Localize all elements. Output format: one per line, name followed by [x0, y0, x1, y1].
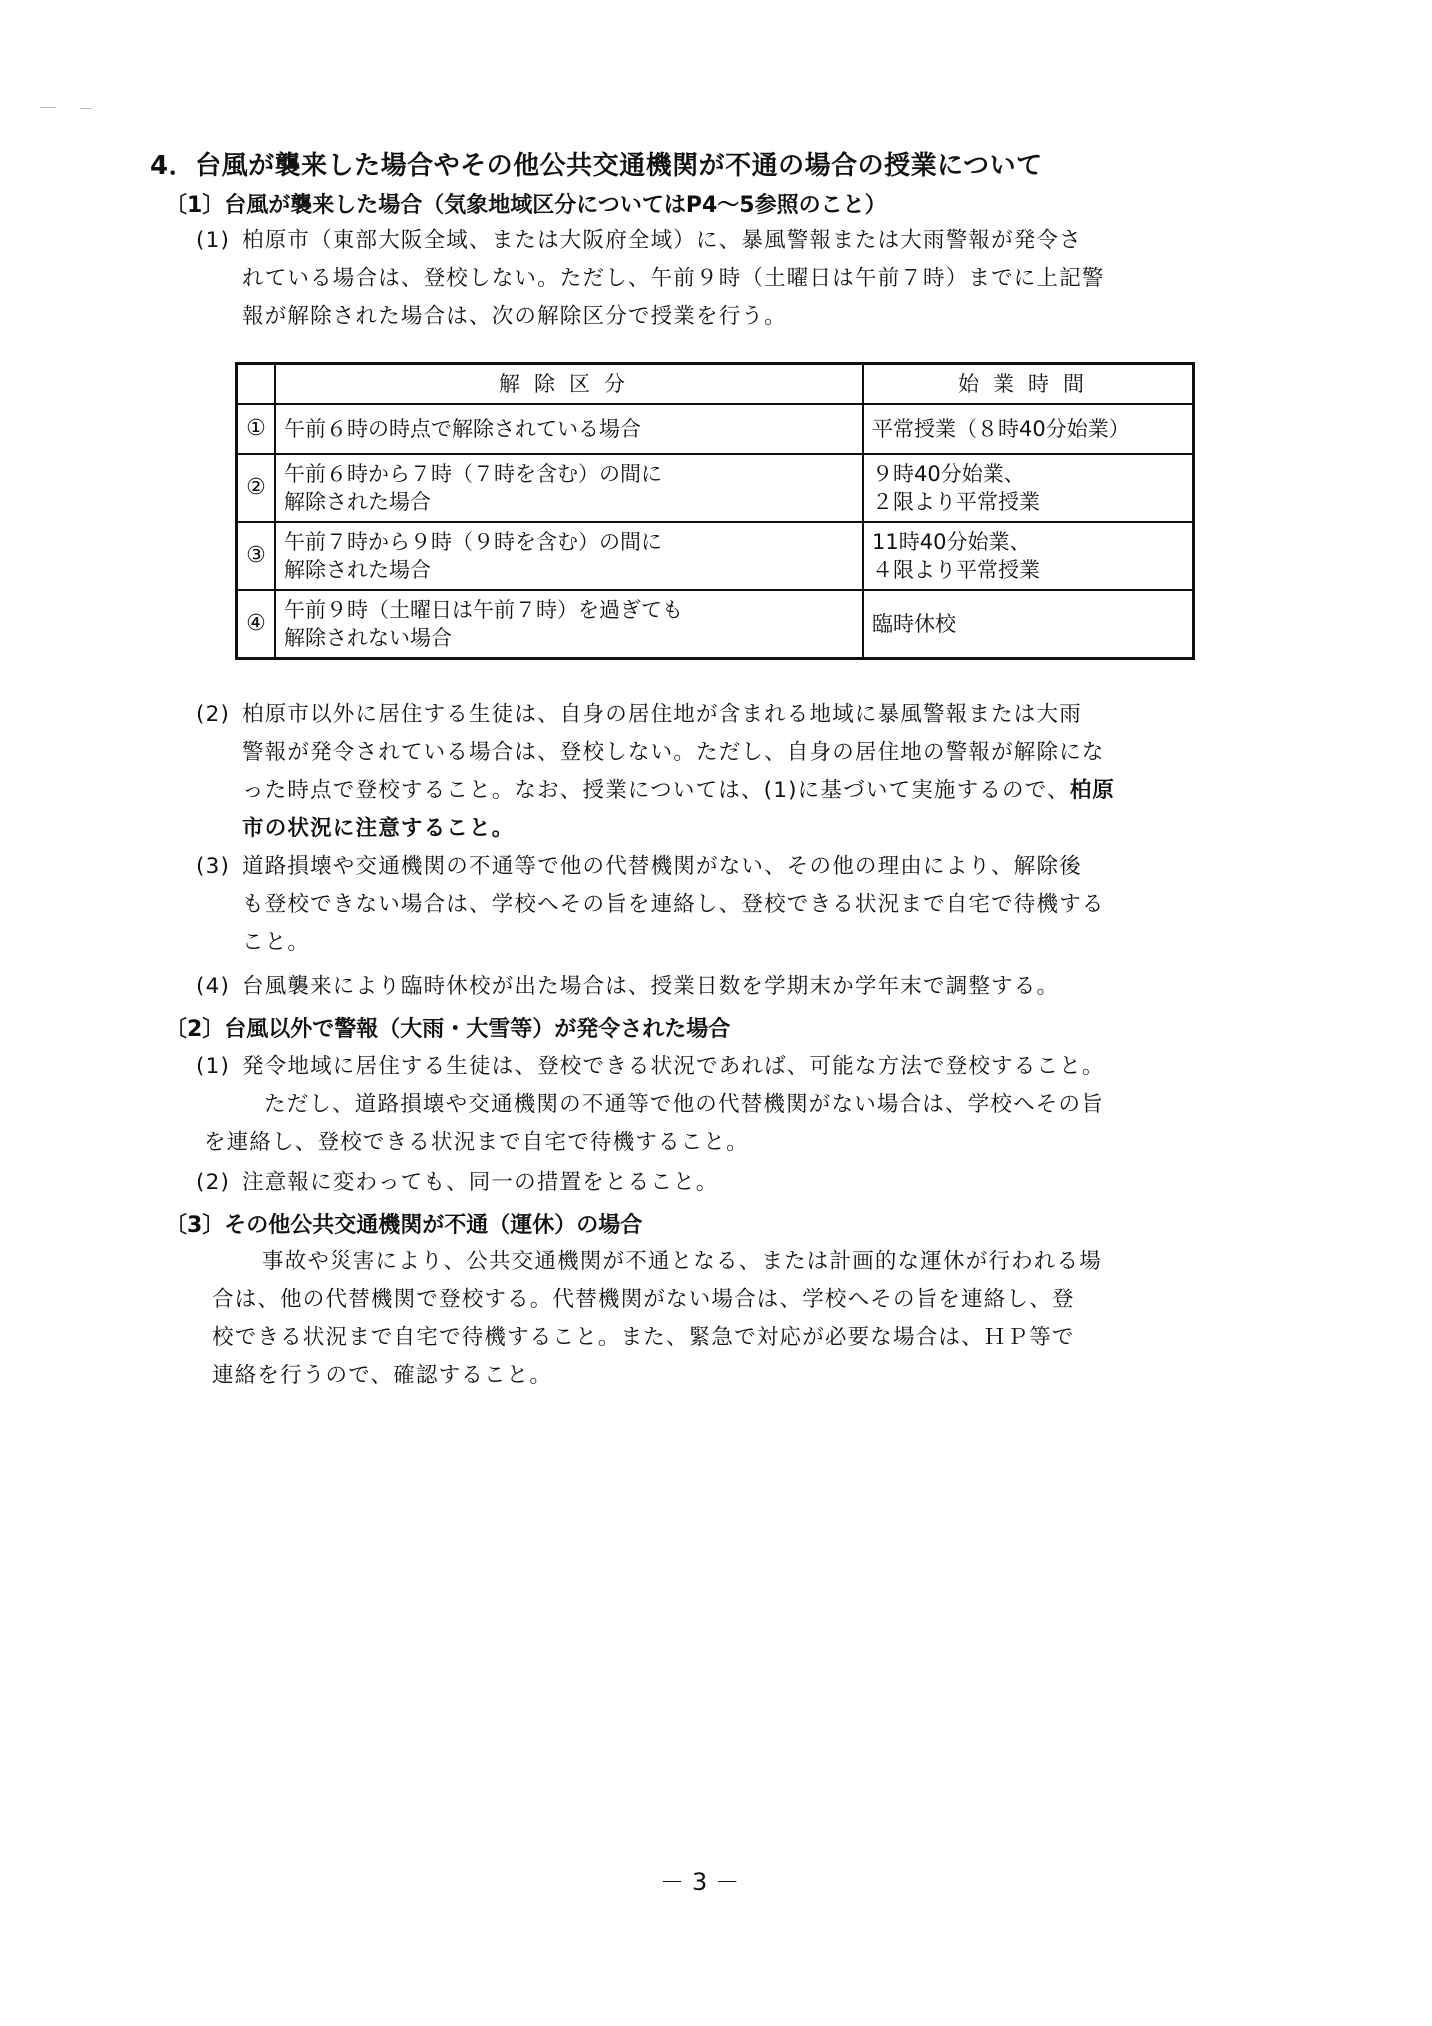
paragraph-2-2: (2)注意報に変わっても、同一の措置をとること。 — [196, 1164, 719, 1202]
start-time: 臨時休校 — [863, 590, 1194, 659]
table-header-row: 解除区分 始業時間 — [237, 364, 1194, 405]
paragraph-1-1: (1)柏原市（東部大阪全域、または大阪府全域）に、暴風警報または大雨警報が発令さ… — [196, 222, 1105, 336]
table-header-condition: 解除区分 — [275, 364, 863, 405]
paragraph-3: 事故や災害により、公共交通機関が不通となる、または計画的な運休が行われる場 合は… — [212, 1243, 1102, 1395]
text-line: 台風襲来により臨時休校が出た場合は、授業日数を学期末か学年末で調整する。 — [242, 974, 1059, 999]
text-line: 校できる状況まで自宅で待機すること。また、緊急で対応が必要な場合は、ＨＰ等で — [212, 1319, 1102, 1357]
row-index: ④ — [237, 590, 276, 659]
row-index: ③ — [237, 522, 276, 590]
text-line: を連絡し、登校できる状況まで自宅で待機すること。 — [204, 1124, 1105, 1162]
page-number: －3－ — [660, 1862, 747, 1897]
row-index: ② — [237, 454, 276, 522]
subsection-title-3: 〔3〕その他公共交通機関が不通（運休）の場合 — [165, 1208, 642, 1239]
text-line: 道路損壊や交通機関の不通等で他の代替機関がない、その他の理由により、解除後 — [242, 854, 1082, 879]
item-number: (1) — [196, 1048, 242, 1086]
table-header-start-time: 始業時間 — [863, 364, 1194, 405]
table-row: ① 午前６時の時点で解除されている場合 平常授業（８時40分始業） — [237, 404, 1194, 454]
section-heading: 4．台風が襲来した場合やその他公共交通機関が不通の場合の授業について — [150, 145, 1043, 182]
release-condition: 午前６時から７時（７時を含む）の間に解除された場合 — [275, 454, 863, 522]
document-page: 4．台風が襲来した場合やその他公共交通機関が不通の場合の授業について 〔1〕台風… — [0, 0, 1432, 2026]
subsection-title-1: 〔1〕台風が襲来した場合（気象地域区分についてはP4～5参照のこと） — [165, 188, 887, 219]
start-time: 11時40分始業、４限より平常授業 — [863, 522, 1194, 590]
text-line: 報が解除された場合は、次の解除区分で授業を行う。 — [242, 298, 1105, 336]
row-index: ① — [237, 404, 276, 454]
paragraph-1-4: (4)台風襲来により臨時休校が出た場合は、授業日数を学期末か学年末で調整する。 — [196, 968, 1059, 1006]
text-line: 連絡を行うので、確認すること。 — [212, 1357, 1102, 1395]
table-row: ③ 午前７時から９時（９時を含む）の間に解除された場合 11時40分始業、４限よ… — [237, 522, 1194, 590]
text-line: 合は、他の代替機関で登校する。代替機関がない場合は、学校へその旨を連絡し、登 — [212, 1281, 1102, 1319]
text-line: こと。 — [242, 924, 1105, 962]
paragraph-1-2: (2)柏原市以外に居住する生徒は、自身の居住地が含まれる地域に暴風警報または大雨… — [196, 696, 1115, 848]
text-line: 柏原市（東部大阪全域、または大阪府全域）に、暴風警報または大雨警報が発令さ — [242, 228, 1082, 253]
scan-artifact — [80, 108, 92, 109]
item-number: (3) — [196, 848, 242, 886]
item-number: (4) — [196, 968, 242, 1006]
text-line: 警報が発令されている場合は、登校しない。ただし、自身の居住地の警報が解除にな — [242, 734, 1115, 772]
release-condition: 午前６時の時点で解除されている場合 — [275, 404, 863, 454]
emphasis-text: 柏原 — [1070, 778, 1115, 803]
item-number: (1) — [196, 222, 242, 260]
table-row: ④ 午前９時（土曜日は午前７時）を過ぎても解除されない場合 臨時休校 — [237, 590, 1194, 659]
text-line: 発令地域に居住する生徒は、登校できる状況であれば、可能な方法で登校すること。 — [242, 1054, 1105, 1079]
paragraph-1-3: (3)道路損壊や交通機関の不通等で他の代替機関がない、その他の理由により、解除後… — [196, 848, 1105, 962]
table-row: ② 午前６時から７時（７時を含む）の間に解除された場合 ９時40分始業、２限より… — [237, 454, 1194, 522]
text-line: 事故や災害により、公共交通機関が不通となる、または計画的な運休が行われる場 — [262, 1243, 1102, 1281]
table-header-index — [237, 364, 276, 405]
text-line: ただし、道路損壊や交通機関の不通等で他の代替機関がない場合は、学校へその旨 — [264, 1086, 1105, 1124]
release-condition: 午前９時（土曜日は午前７時）を過ぎても解除されない場合 — [275, 590, 863, 659]
scan-artifact — [40, 107, 56, 108]
release-schedule-table: 解除区分 始業時間 ① 午前６時の時点で解除されている場合 平常授業（８時40分… — [235, 362, 1195, 660]
release-condition: 午前７時から９時（９時を含む）の間に解除された場合 — [275, 522, 863, 590]
text-line: れている場合は、登校しない。ただし、午前９時（土曜日は午前７時）までに上記警 — [242, 260, 1105, 298]
start-time: 平常授業（８時40分始業） — [863, 404, 1194, 454]
item-number: (2) — [196, 1164, 242, 1202]
emphasis-text: 市の状況に注意すること。 — [242, 810, 1115, 848]
text-line: った時点で登校すること。なお、授業については、(1)に基づいて実施するので、 — [242, 778, 1070, 803]
text-line: も登校できない場合は、学校へその旨を連絡し、登校できる状況まで自宅で待機する — [242, 886, 1105, 924]
paragraph-2-1: (1)発令地域に居住する生徒は、登校できる状況であれば、可能な方法で登校すること… — [196, 1048, 1105, 1162]
text-line: 柏原市以外に居住する生徒は、自身の居住地が含まれる地域に暴風警報または大雨 — [242, 702, 1082, 727]
subsection-title-2: 〔2〕台風以外で警報（大雨・大雪等）が発令された場合 — [165, 1012, 730, 1043]
text-line: 注意報に変わっても、同一の措置をとること。 — [242, 1170, 719, 1195]
item-number: (2) — [196, 696, 242, 734]
start-time: ９時40分始業、２限より平常授業 — [863, 454, 1194, 522]
